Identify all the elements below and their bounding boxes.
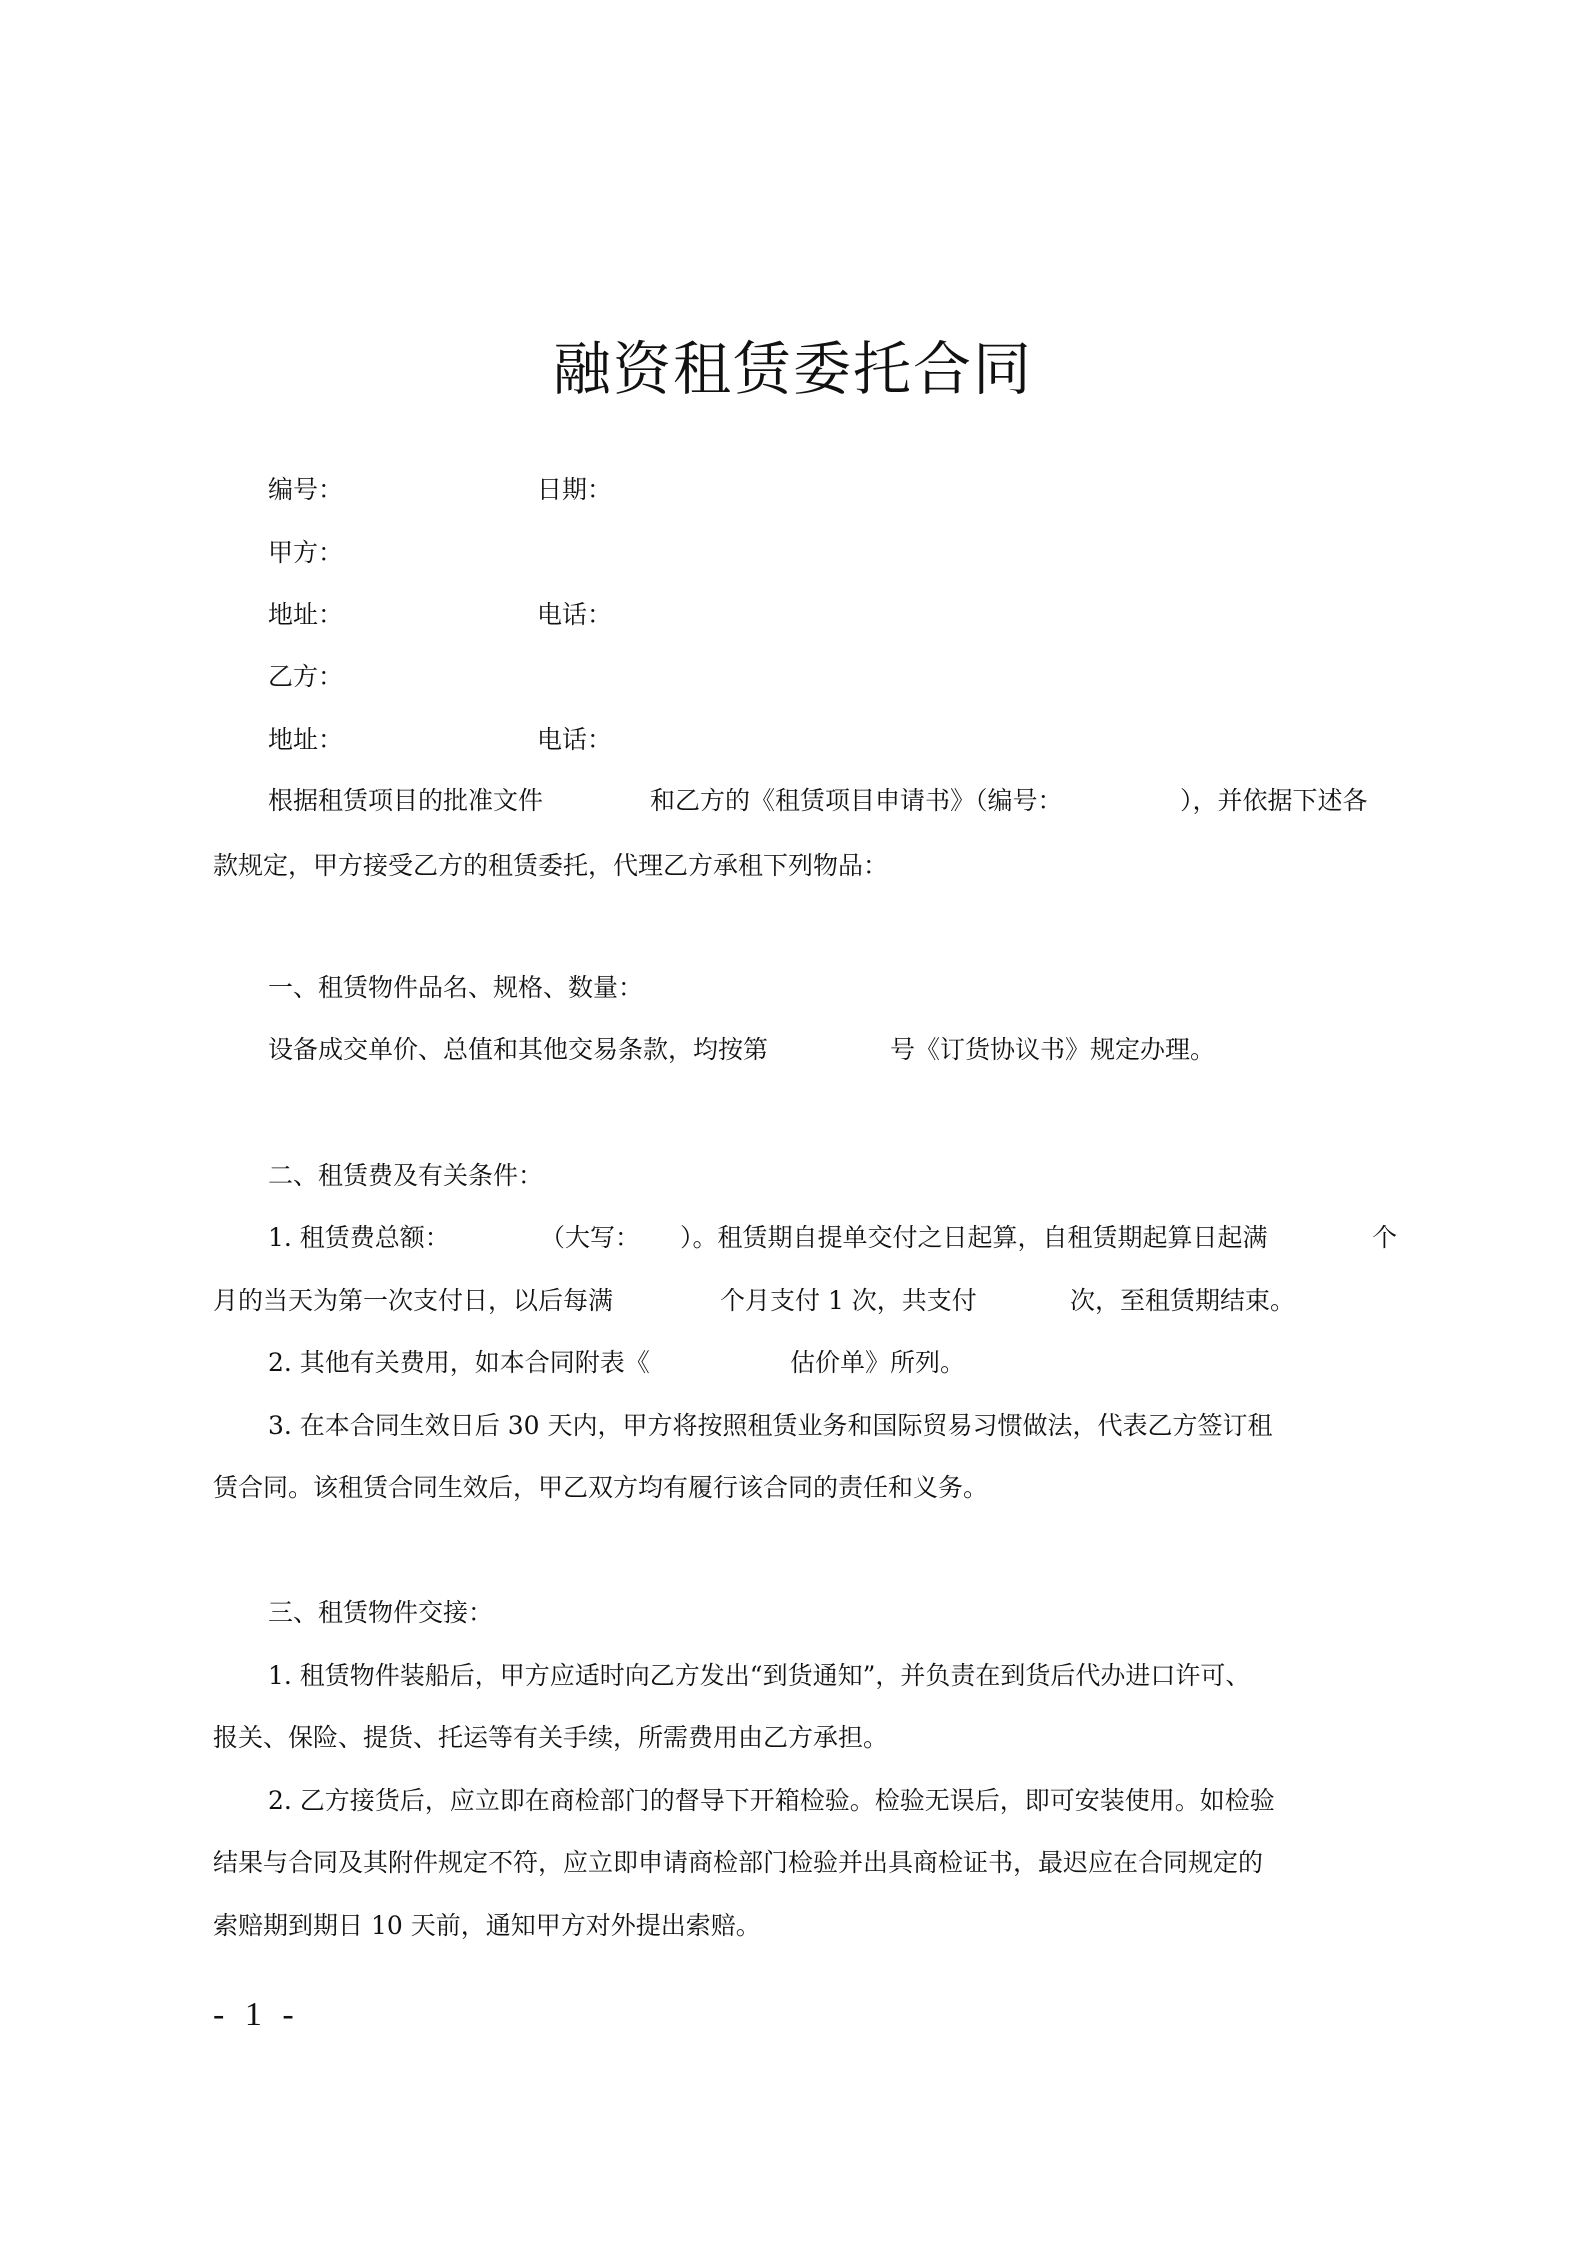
section1-para-a: 设备成交单价、总值和其他交易条款，均按第 <box>268 1037 768 1062</box>
document-page: 融资租赁委托合同 编号： 日期： 甲方： 地址： 电话： 乙方： 地址： 电话：… <box>0 0 1586 2244</box>
party-a-address-label: 地址： <box>268 595 343 631</box>
document-title: 融资租赁委托合同 <box>0 322 1586 406</box>
section2-item1-b: （大写： <box>540 1225 640 1250</box>
section2-item3-line2: 赁合同。该租赁合同生效后，甲乙双方均有履行该合同的责任和义务。 <box>213 1475 988 1500</box>
preamble-text-b: 和乙方的《租赁项目申请书》（编号： <box>650 788 1063 813</box>
date-label: 日期： <box>537 470 612 506</box>
party-a-phone-label: 电话： <box>537 595 612 631</box>
section3-item1-line1: 1. 租赁物件装船后，甲方应适时向乙方发出“到货通知”，并负责在到货后代办进口许… <box>268 1663 1250 1688</box>
section3-heading: 三、租赁物件交接： <box>268 1600 493 1625</box>
section2-item1-line2-b: 个月支付 1 次，共支付 <box>720 1288 977 1313</box>
section2-item2-b: 估价单》所列。 <box>790 1350 965 1375</box>
section2-item1-d: 个 <box>1372 1225 1397 1250</box>
section2-heading: 二、租赁费及有关条件： <box>268 1163 543 1188</box>
section3-item2-line3: 索赔期到期日 10 天前，通知甲方对外提出索赔。 <box>213 1913 761 1938</box>
preamble-text-c: ），并依据下述各 <box>1180 788 1368 813</box>
party-b-address-label: 地址： <box>268 720 343 756</box>
party-b-label: 乙方： <box>268 657 343 693</box>
section1-heading: 一、租赁物件品名、规格、数量： <box>268 975 643 1000</box>
preamble-text-line2: 款规定，甲方接受乙方的租赁委托，代理乙方承租下列物品： <box>213 853 888 878</box>
section3-item2-line2: 结果与合同及其附件规定不符，应立即申请商检部门检验并出具商检证书，最迟应在合同规… <box>213 1850 1263 1875</box>
party-a-label: 甲方： <box>268 533 343 569</box>
preamble-text-a: 根据租赁项目的批准文件 <box>268 788 543 813</box>
section2-item1-line2-a: 月的当天为第一次支付日，以后每满 <box>213 1288 613 1313</box>
section2-item3-line1: 3. 在本合同生效日后 30 天内，甲方将按照租赁业务和国际贸易习惯做法，代表乙… <box>268 1413 1273 1438</box>
section2-item1-line2-c: 次，至租赁期结束。 <box>1070 1288 1295 1313</box>
page-number: - 1 - <box>213 1996 300 2034</box>
section2-item1-c: ）。租赁期自提单交付之日起算，自租赁期起算日起满 <box>680 1225 1268 1250</box>
section3-item1-line2: 报关、保险、提货、托运等有关手续，所需费用由乙方承担。 <box>213 1725 888 1750</box>
party-b-phone-label: 电话： <box>537 720 612 756</box>
section1-para-b: 号《订货协议书》规定办理。 <box>890 1037 1215 1062</box>
section3-item2-line1: 2. 乙方接货后，应立即在商检部门的督导下开箱检验。检验无误后，即可安装使用。如… <box>268 1788 1275 1813</box>
section2-item2-a: 2. 其他有关费用，如本合同附表《 <box>268 1350 650 1375</box>
section2-item1-a: 1. 租赁费总额： <box>268 1225 450 1250</box>
number-label: 编号： <box>268 470 343 506</box>
